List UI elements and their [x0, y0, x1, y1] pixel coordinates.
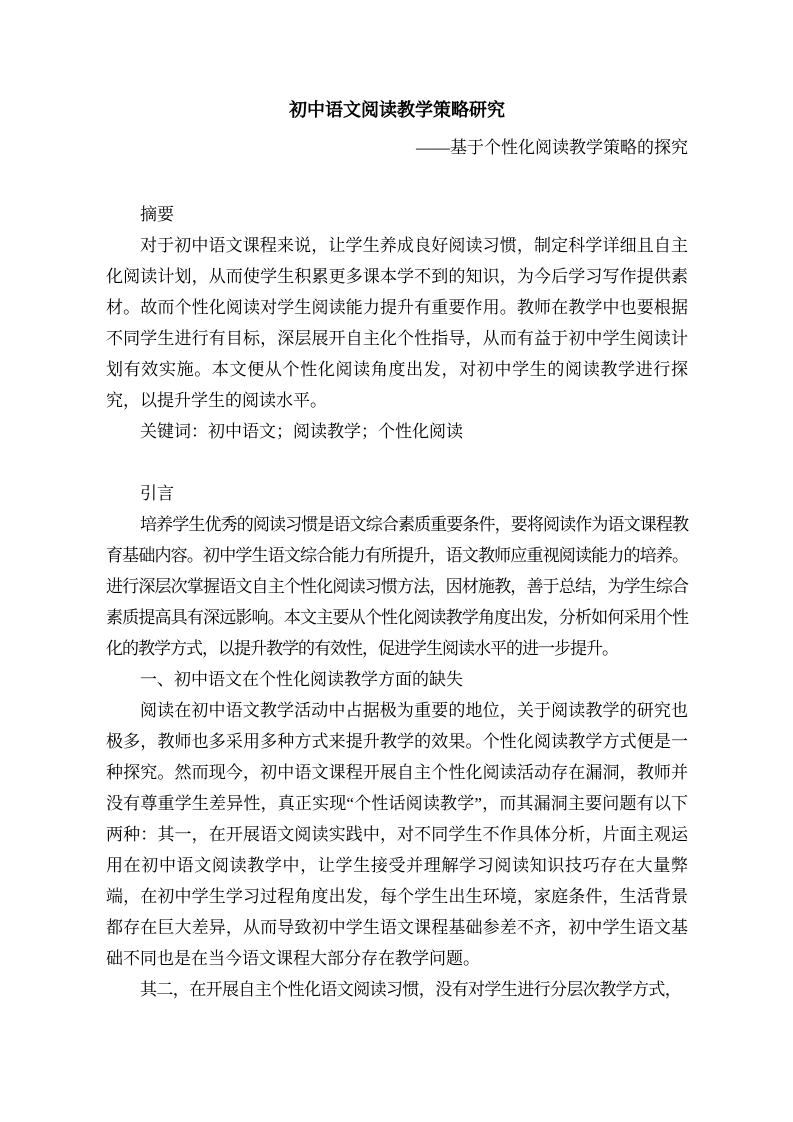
- section-1-paragraph-2: 其二，在开展自主个性化语文阅读习惯，没有对学生进行分层次教学方式，: [106, 974, 688, 1005]
- document-body: 初中语文阅读教学策略研究 ——基于个性化阅读教学策略的探究 摘要 对于初中语文课…: [106, 95, 688, 1005]
- abstract-heading: 摘要: [106, 199, 688, 230]
- abstract-paragraph: 对于初中语文课程来说，让学生养成良好阅读习惯，制定科学详细且自主化阅读计划，从而…: [106, 230, 688, 416]
- document-subtitle: ——基于个性化阅读教学策略的探究: [106, 132, 688, 163]
- document-title: 初中语文阅读教学策略研究: [106, 95, 688, 126]
- section-1-paragraph-1: 阅读在初中语文教学活动中占据极为重要的地位，关于阅读教学的研究也极多，教师也多采…: [106, 695, 688, 974]
- section-1-heading: 一、初中语文在个性化阅读教学方面的缺失: [106, 664, 688, 695]
- blank-line-separator: [106, 447, 688, 478]
- introduction-paragraph: 培养学生优秀的阅读习惯是语文综合素质重要条件，要将阅读作为语文课程教育基础内容。…: [106, 509, 688, 664]
- keywords-line: 关键词：初中语文；阅读教学；个性化阅读: [106, 416, 688, 447]
- introduction-heading: 引言: [106, 478, 688, 509]
- document-page: 初中语文阅读教学策略研究 ——基于个性化阅读教学策略的探究 摘要 对于初中语文课…: [0, 0, 793, 1122]
